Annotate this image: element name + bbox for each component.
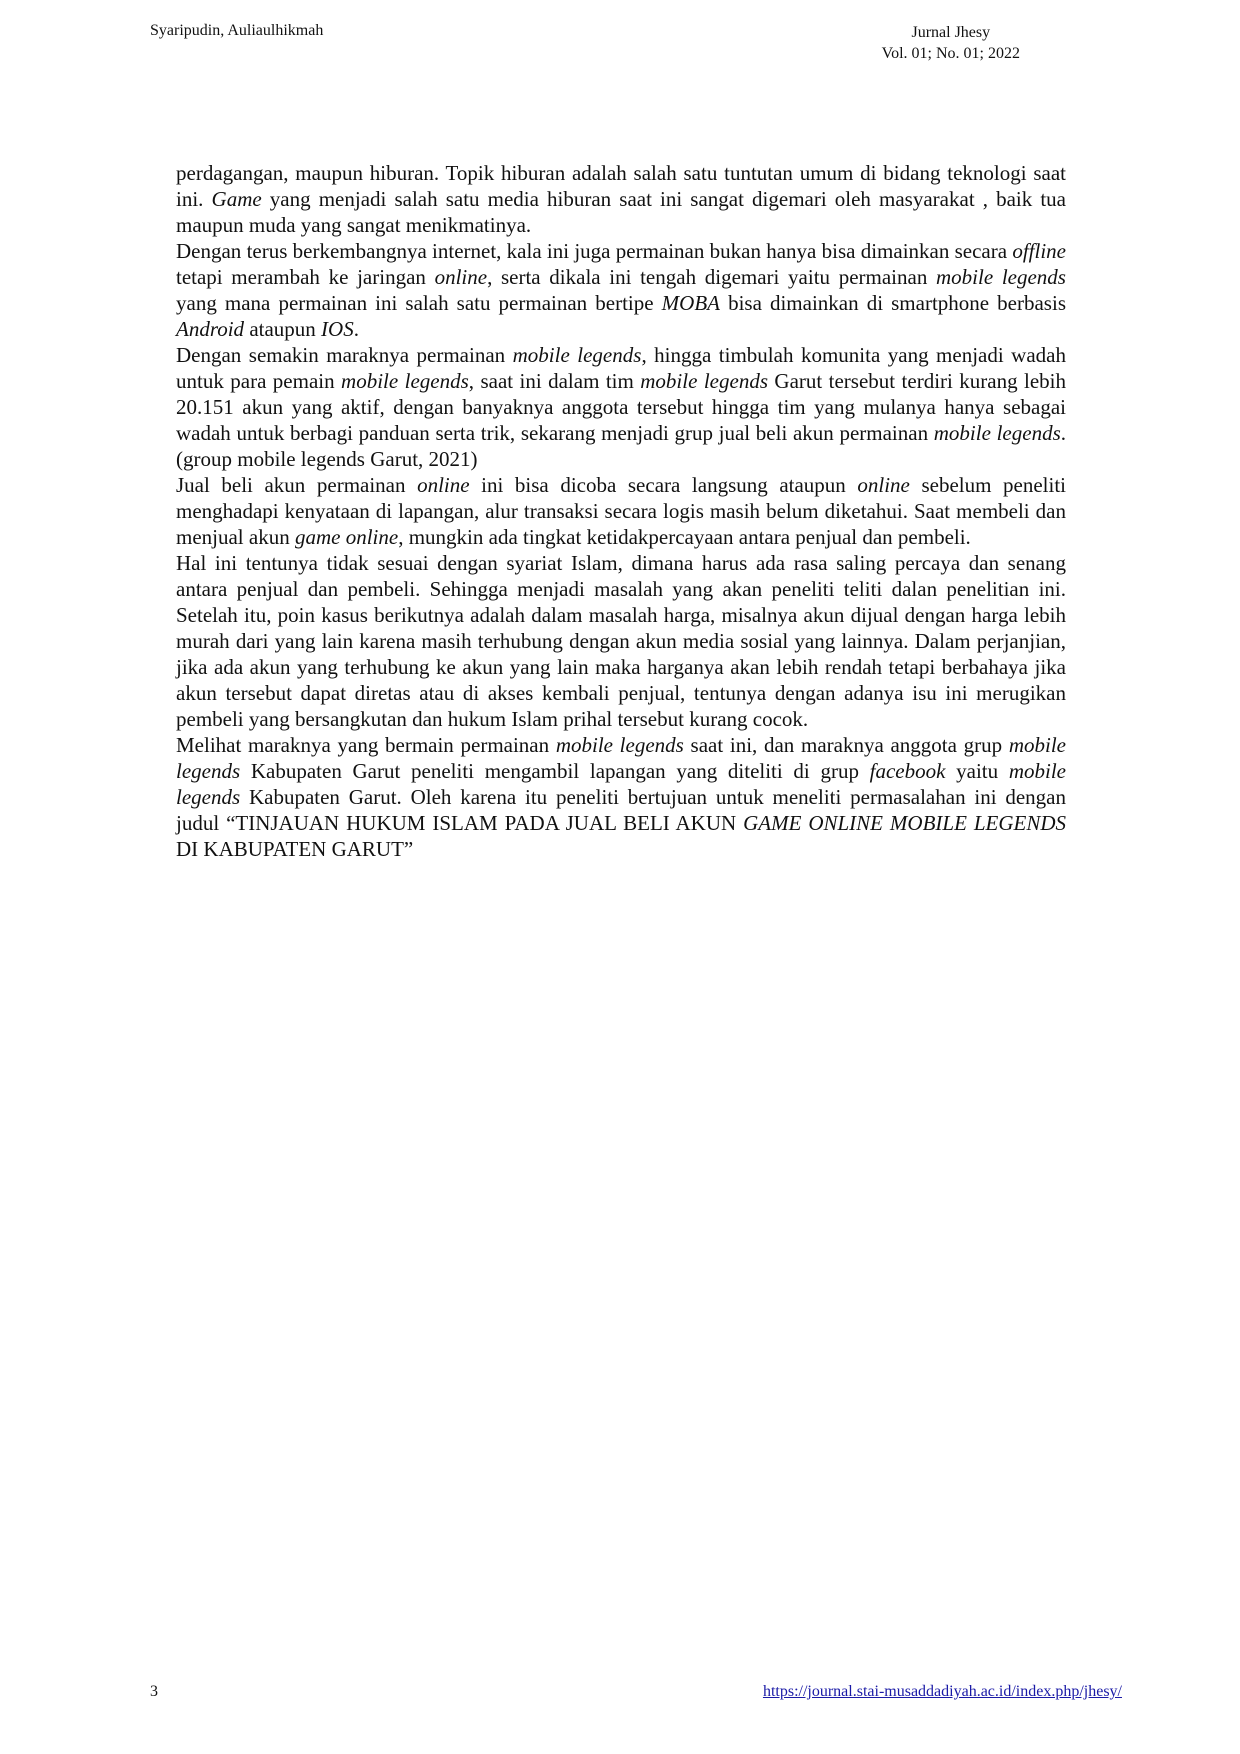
text-run: ini bisa dicoba secara langsung ataupun (470, 473, 858, 497)
paragraph: Dengan semakin maraknya permainan mobile… (176, 342, 1066, 472)
text-run: Dengan terus berkembangnya internet, kal… (176, 239, 1012, 263)
text-run: yaitu (945, 759, 1008, 783)
running-header-authors: Syaripudin, Auliaulhikmah (150, 22, 323, 40)
italic-term: mobile legends (936, 265, 1066, 289)
paragraph: Dengan terus berkembangnya internet, kal… (176, 238, 1066, 342)
text-run: , serta dikala ini tengah digemari yaitu… (487, 265, 936, 289)
text-run: Jual beli akun permainan (176, 473, 417, 497)
paragraph: Hal ini tentunya tidak sesuai dengan sya… (176, 550, 1066, 732)
text-run: Dengan semakin maraknya permainan (176, 343, 513, 367)
text-run: Kabupaten Garut peneliti mengambil lapan… (240, 759, 870, 783)
italic-term: online (435, 265, 488, 289)
text-run: yang mana permainan ini salah satu perma… (176, 291, 662, 315)
text-run: saat ini, dan maraknya anggota grup (684, 733, 1009, 757)
italic-term: online (857, 473, 910, 497)
italic-term: MOBA (662, 291, 720, 315)
italic-term: mobile legends (934, 421, 1061, 445)
text-run: tetapi merambah ke jaringan (176, 265, 435, 289)
italic-term: GAME ONLINE MOBILE LEGENDS (743, 811, 1066, 835)
text-run: , saat ini dalam tim (469, 369, 640, 393)
italic-term: game online (295, 525, 398, 549)
journal-volume: Vol. 01; No. 01; 2022 (882, 43, 1020, 64)
paragraph: Jual beli akun permainan online ini bisa… (176, 472, 1066, 550)
text-run: Hal ini tentunya tidak sesuai dengan sya… (176, 551, 1066, 731)
text-run: , mungkin ada tingkat ketidakpercayaan a… (398, 525, 971, 549)
text-run: ataupun (244, 317, 321, 341)
text-run: yang menjadi salah satu media hiburan sa… (176, 187, 1066, 237)
italic-term: facebook (870, 759, 946, 783)
journal-url-link[interactable]: https://journal.stai-musaddadiyah.ac.id/… (763, 1683, 1122, 1701)
paragraph: Melihat maraknya yang bermain permainan … (176, 732, 1066, 862)
italic-term: mobile legends (341, 369, 469, 393)
italic-term: mobile legends (640, 369, 768, 393)
text-run: Melihat maraknya yang bermain permainan (176, 733, 556, 757)
italic-term: mobile legends (556, 733, 684, 757)
italic-term: IOS (321, 317, 354, 341)
page-number: 3 (150, 1683, 158, 1701)
text-run: . (354, 317, 359, 341)
paragraph: perdagangan, maupun hiburan. Topik hibur… (176, 160, 1066, 238)
text-run: DI KABUPATEN GARUT” (176, 837, 413, 861)
italic-term: offline (1012, 239, 1066, 263)
italic-term: Game (212, 187, 262, 211)
italic-term: mobile legends (513, 343, 642, 367)
body-text: perdagangan, maupun hiburan. Topik hibur… (176, 160, 1066, 862)
running-header-journal: Jurnal Jhesy Vol. 01; No. 01; 2022 (882, 22, 1020, 64)
journal-name: Jurnal Jhesy (882, 22, 1020, 43)
text-run: bisa dimainkan di smartphone berbasis (720, 291, 1066, 315)
italic-term: online (417, 473, 470, 497)
italic-term: Android (176, 317, 244, 341)
